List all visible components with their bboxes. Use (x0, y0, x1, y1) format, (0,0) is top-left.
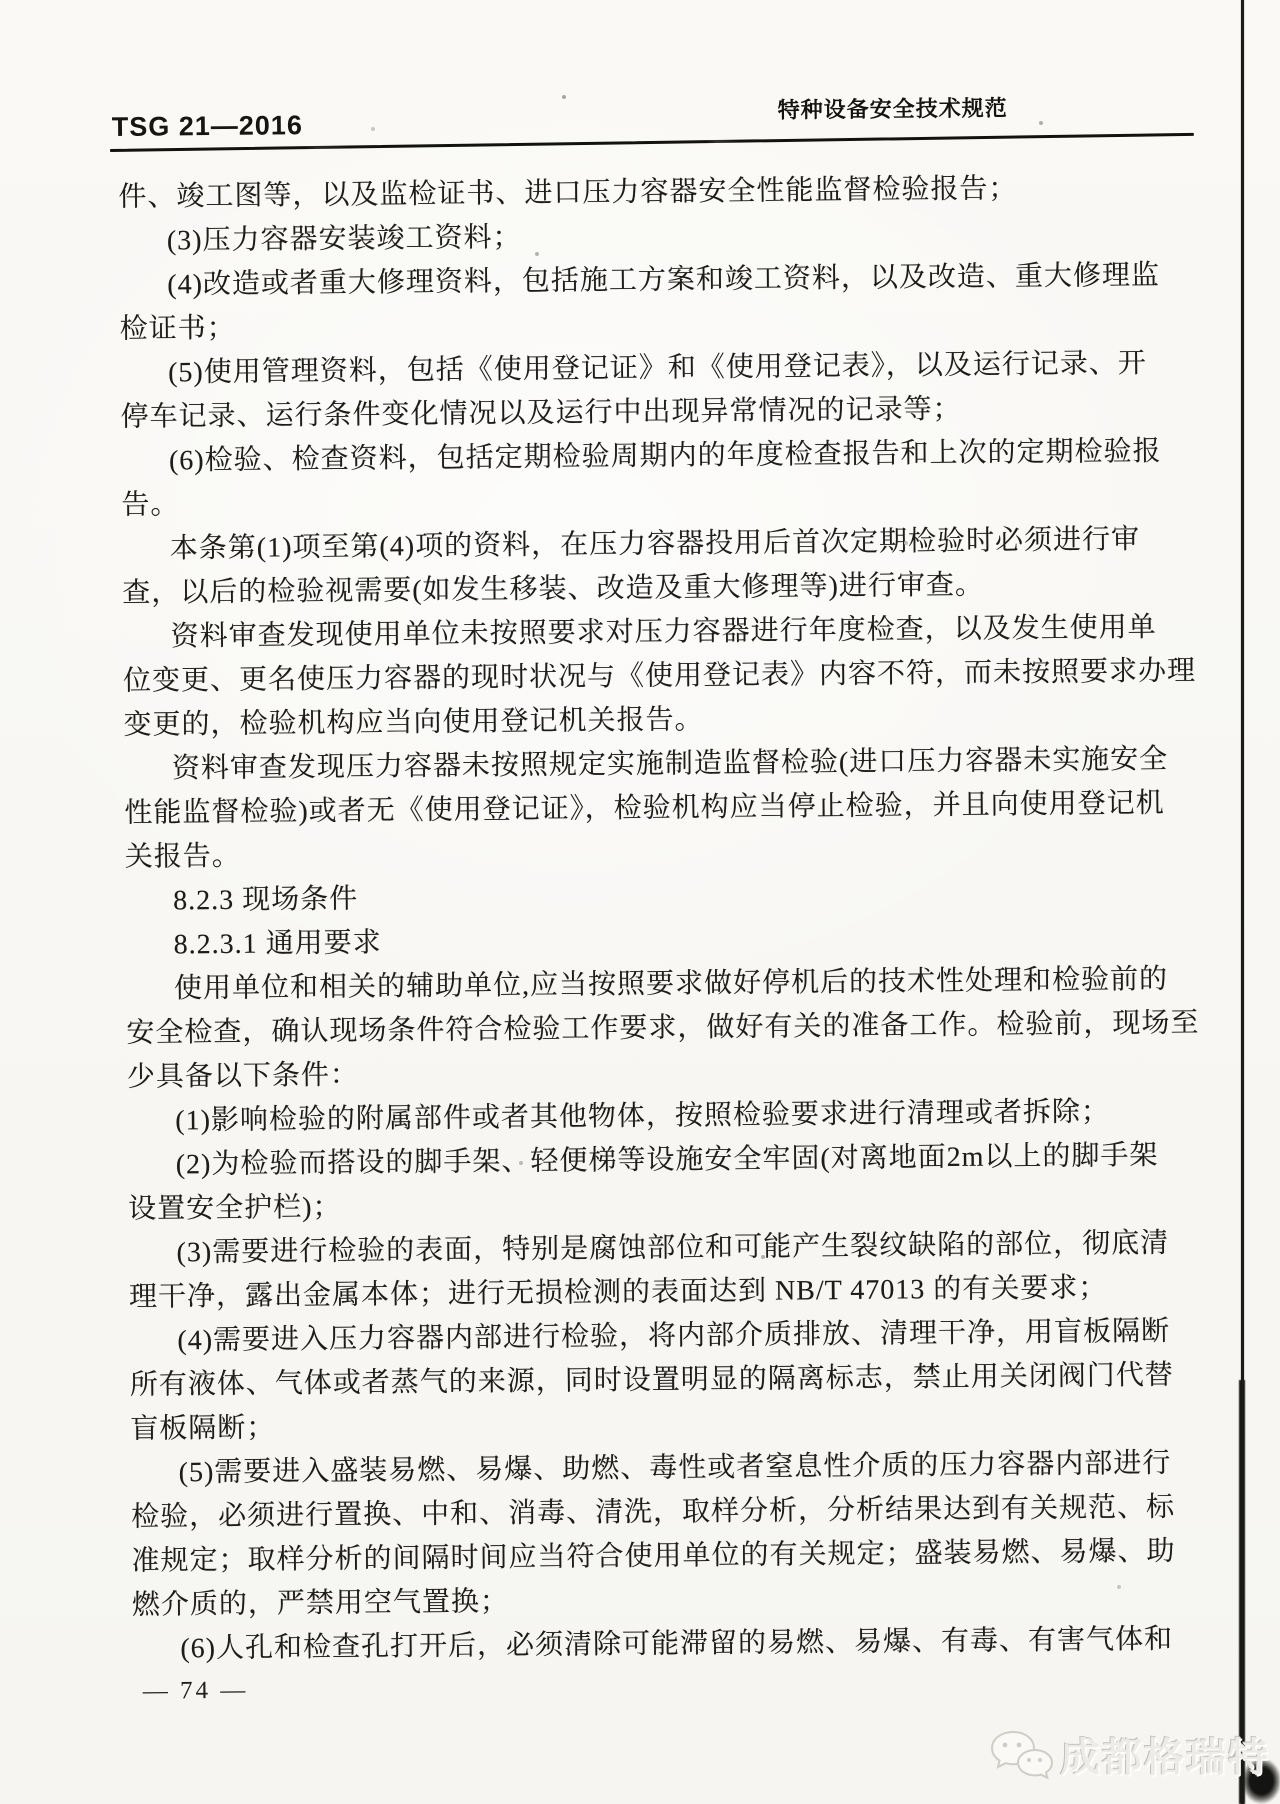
watermark-text: 成都格瑞特 (1060, 1726, 1270, 1783)
wechat-icon (988, 1728, 1054, 1782)
document-body: 件、竣工图等，以及监检证书、进口压力容器安全性能监督检验报告；(3)压力容器安装… (118, 165, 1222, 1671)
text-line: (6)人孔和检查孔打开后，必须清除可能滞留的易燃、易爆、有毒、有害气体和 (132, 1617, 1222, 1671)
header-doc-code: TSG 21—2016 (112, 110, 303, 143)
header-title: 特种设备安全技术规范 (777, 91, 1007, 124)
scanned-sheet: TSG 21—2016 特种设备安全技术规范 件、竣工图等，以及监检证书、进口压… (0, 0, 1280, 1804)
watermark: 成都格瑞特 (988, 1726, 1270, 1783)
page-number: — 74 — (143, 1677, 249, 1706)
document-page: TSG 21—2016 特种设备安全技术规范 件、竣工图等，以及监检证书、进口压… (0, 0, 1280, 1804)
scan-noise-specks (0, 0, 2, 2)
